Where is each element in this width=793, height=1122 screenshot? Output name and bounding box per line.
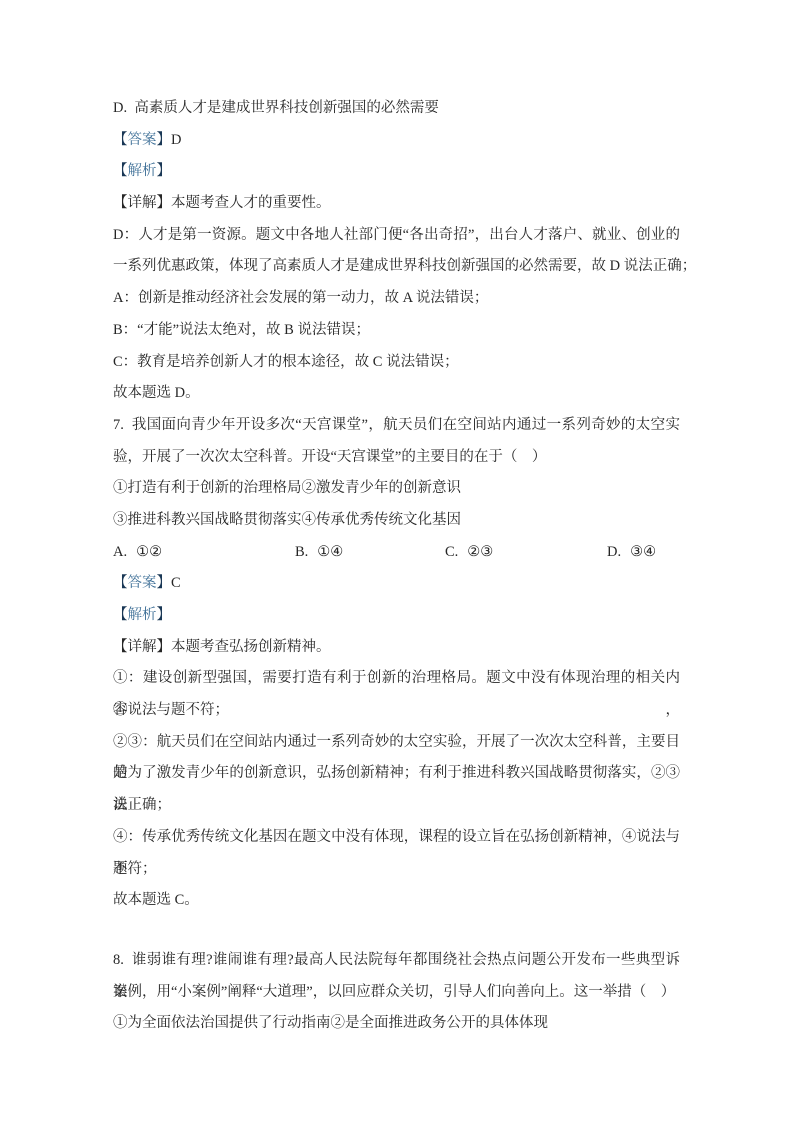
text-segment: 【 — [113, 132, 128, 148]
text-line: 8. 谁弱谁有理?谁闹谁有理?最高人民法院每年都围绕社会热点问题公开发布一些典型… — [113, 945, 680, 977]
text-line: 验，开展了一次次太空科普。开设“天宫课堂”的主要目的在于（ ） — [113, 442, 680, 474]
option-item: B.①④ — [295, 537, 343, 569]
text-line: ②③：航天员们在空间站内通过一系列奇妙的太空实验，开展了一次次太空科普，主要目的 — [113, 727, 680, 759]
answer-line: 【答案】D — [113, 125, 680, 157]
text-line: 案例，用“小案例”阐释“大道理”，以回应群众关切，引导人们向善向上。这一举措（ … — [113, 977, 680, 1009]
analysis-line: 【解析】 — [113, 156, 680, 188]
text-line: 一系列优惠政策，体现了高素质人才是建成世界科技创新强国的必然需要，故 D 说法正… — [113, 251, 680, 283]
option-key: D. — [607, 544, 621, 560]
text-line: D. 高素质人才是建成世界科技创新强国的必然需要 — [113, 93, 680, 125]
text-line: ④：传承优秀传统文化基因在题文中没有体现，课程的设立旨在弘扬创新精神，④说法与题 — [113, 822, 680, 854]
text-segment: 【 — [113, 607, 128, 623]
option-key: B. — [295, 544, 308, 560]
text-segment: 】 — [157, 607, 172, 623]
section-label: 解析 — [128, 607, 157, 623]
text-line: ①：建设创新型强国，需要打造有利于创新的治理格局。题文中没有体现治理的相关内容， — [113, 663, 680, 695]
option-item: D.③④ — [607, 537, 656, 569]
options-row: A.①②B.①④C.②③D.③④ — [113, 537, 680, 569]
text-line: A：创新是推动经济社会发展的第一动力，故 A 说法错误； — [113, 283, 680, 315]
answer-line: 【答案】C — [113, 568, 680, 600]
text-line: 不符； — [113, 854, 680, 886]
text-line: 7. 我国面向青少年开设多次“天宫课堂”，航天员们在空间站内通过一系列奇妙的太空… — [113, 410, 680, 442]
text-segment: C — [171, 575, 181, 591]
section-label: 解析 — [128, 163, 157, 179]
option-value: ③④ — [630, 544, 656, 560]
section-label: 答案 — [128, 132, 157, 148]
text-line: B：“才能”说法太绝对，故 B 说法错误； — [113, 315, 680, 347]
text-segment: 【 — [113, 163, 128, 179]
option-item: A.①② — [113, 537, 162, 569]
text-segment: D — [171, 132, 181, 148]
option-value: ①② — [136, 544, 162, 560]
text-line: ①打造有利于创新的治理格局②激发青少年的创新意识 — [113, 473, 680, 505]
option-key: C. — [445, 544, 458, 560]
paragraph-spacer — [113, 917, 680, 945]
option-key: A. — [113, 544, 127, 560]
text-line: ①为全面依法治国提供了行动指南②是全面推进政务公开的具体体现 — [113, 1008, 680, 1040]
text-line: 故本题选 C。 — [113, 885, 680, 917]
text-line: 【详解】本题考查人才的重要性。 — [113, 188, 680, 220]
text-line: ③推进科教兴国战略贯彻落实④传承优秀传统文化基因 — [113, 505, 680, 537]
text-segment: 】 — [157, 132, 172, 148]
text-segment: 【 — [113, 575, 128, 591]
text-line: 故本题选 D。 — [113, 378, 680, 410]
text-line: 【详解】本题考查弘扬创新精神。 — [113, 632, 680, 664]
text-line: 法正确； — [113, 790, 680, 822]
text-line: D：人才是第一资源。题文中各地人社部门便“各出奇招”，出台人才落户、就业、创业的 — [113, 220, 680, 252]
text-segment: 】 — [157, 575, 172, 591]
option-value: ②③ — [467, 544, 493, 560]
section-label: 答案 — [128, 575, 157, 591]
analysis-line: 【解析】 — [113, 600, 680, 632]
option-value: ①④ — [317, 544, 343, 560]
option-item: C.②③ — [445, 537, 493, 569]
text-line: 是为了激发青少年的创新意识，弘扬创新精神；有利于推进科教兴国战略贯彻落实，②③说 — [113, 758, 680, 790]
text-line: C：教育是培养创新人才的根本途径，故 C 说法错误； — [113, 347, 680, 379]
text-segment: 】 — [157, 163, 172, 179]
document-page: D. 高素质人才是建成世界科技创新强国的必然需要【答案】D【解析】【详解】本题考… — [113, 93, 680, 1040]
